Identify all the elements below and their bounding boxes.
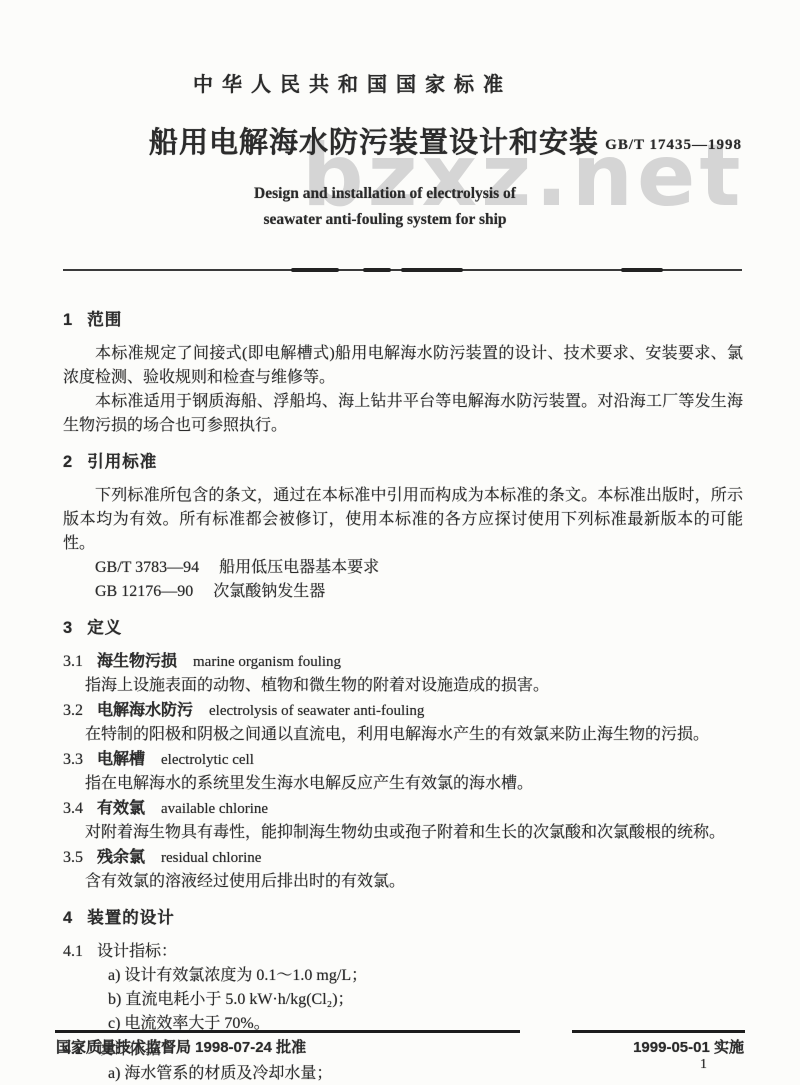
term-number: 3.2 — [63, 702, 83, 719]
page-number: 1 — [700, 1057, 707, 1073]
definition-term: 3.4有效氯available chlorine — [63, 797, 743, 821]
paragraph: 本标准规定了间接式(即电解槽式)船用电解海水防污装置的设计、技术要求、安装要求、… — [63, 342, 743, 390]
section-number: 2 — [63, 453, 73, 471]
reference-code: GB 12176—90 — [95, 583, 193, 600]
term-cn: 电解海水防污 — [97, 702, 193, 719]
term-en: electrolysis of seawater anti-fouling — [209, 703, 424, 719]
definition-text: 在特制的阳极和阴极之间通以直流电，利用电解海水产生的有效氯来防止海生物的污损。 — [63, 723, 743, 747]
paragraph: 本标准适用于钢质海船、浮船坞、海上钻井平台等电解海水防污装置。对沿海工厂等发生海… — [63, 390, 743, 438]
reference-name: 次氯酸钠发生器 — [213, 583, 325, 600]
section-scope: 1范围 本标准规定了间接式(即电解槽式)船用电解海水防污装置的设计、技术要求、安… — [63, 308, 743, 438]
scan-smudge — [363, 268, 391, 272]
footer-rule — [55, 1030, 520, 1033]
section-references: 2引用标准 下列标准所包含的条文，通过在本标准中引用而构成为本标准的条文。本标准… — [63, 450, 743, 604]
standard-title-cn: 船用电解海水防污装置设计和安装 — [149, 120, 599, 161]
section-heading: 1范围 — [63, 308, 743, 332]
term-number: 3.4 — [63, 800, 83, 817]
clause-item: b) 直流电耗小于 5.0 kW·h/kg(Cl₂)； — [63, 988, 743, 1012]
term-en: available chlorine — [161, 801, 268, 817]
footer-rule — [572, 1030, 745, 1033]
reference-entry: GB/T 3783—94船用低压电器基本要求 — [63, 556, 743, 580]
definition-term: 3.5残余氯residual chlorine — [63, 846, 743, 870]
clause-item: a) 设计有效氯浓度为 0.1～1.0 mg/L； — [63, 964, 743, 988]
definition-text: 指在电解海水的系统里发生海水电解反应产生有效氯的海水槽。 — [63, 772, 743, 796]
term-number: 3.5 — [63, 849, 83, 866]
scan-smudge — [401, 268, 463, 272]
term-en: electrolytic cell — [161, 752, 254, 768]
implementation-note: 1999-05-01 实施 — [633, 1036, 744, 1057]
section-heading: 3定义 — [63, 616, 743, 640]
section-title: 装置的设计 — [87, 909, 175, 927]
scan-smudge — [291, 268, 339, 272]
section-title: 引用标准 — [87, 453, 157, 471]
clause-title: 设计指标： — [97, 943, 177, 960]
section-title: 定义 — [87, 619, 122, 637]
reference-code: GB/T 3783—94 — [95, 559, 199, 576]
scan-smudge — [621, 268, 663, 272]
standard-title-en-line2: seawater anti-fouling system for ship — [150, 207, 620, 233]
document-body: 1范围 本标准规定了间接式(即电解槽式)船用电解海水防污装置的设计、技术要求、安… — [63, 296, 743, 1085]
definition-text: 对附着海生物具有毒性，能抑制海生物幼虫或孢子附着和生长的次氯酸和次氯酸根的统称。 — [63, 821, 743, 845]
definition-text: 含有效氯的溶液经过使用后排出时的有效氯。 — [63, 870, 743, 894]
definition-term: 3.2电解海水防污electrolysis of seawater anti-f… — [63, 699, 743, 723]
section-heading: 2引用标准 — [63, 450, 743, 474]
section-number: 1 — [63, 311, 73, 329]
paragraph: 下列标准所包含的条文，通过在本标准中引用而构成为本标准的条文。本标准出版时，所示… — [63, 484, 743, 556]
section-title: 范围 — [87, 311, 122, 329]
definition-term: 3.1海生物污损marine organism fouling — [63, 650, 743, 674]
term-en: marine organism fouling — [193, 654, 341, 670]
section-heading: 4装置的设计 — [63, 906, 743, 930]
term-cn: 残余氯 — [97, 849, 145, 866]
term-cn: 有效氯 — [97, 800, 145, 817]
definition-term: 3.3电解槽electrolytic cell — [63, 748, 743, 772]
document-page: bzxz.net 中华人民共和国国家标准 船用电解海水防污装置设计和安装 GB/… — [0, 0, 800, 1085]
section-design: 4装置的设计 4.1设计指标： a) 设计有效氯浓度为 0.1～1.0 mg/L… — [63, 906, 743, 1085]
clause-number: 4.1 — [63, 943, 83, 960]
standard-title-en-line1: Design and installation of electrolysis … — [150, 181, 620, 207]
clause-item: a) 海水管系的材质及冷却水量； — [63, 1062, 743, 1085]
standard-title-en: Design and installation of electrolysis … — [150, 181, 620, 233]
section-definitions: 3定义 3.1海生物污损marine organism fouling 指海上设… — [63, 616, 743, 894]
standard-label: 中华人民共和国国家标准 — [193, 68, 512, 97]
clause-heading: 4.1设计指标： — [63, 940, 743, 964]
approval-note: 国家质量技术监督局 1998-07-24 批准 — [56, 1036, 306, 1057]
reference-name: 船用低压电器基本要求 — [219, 559, 379, 576]
standard-number: GB/T 17435—1998 — [605, 137, 742, 154]
term-number: 3.3 — [63, 751, 83, 768]
term-en: residual chlorine — [161, 850, 261, 866]
term-cn: 电解槽 — [97, 751, 145, 768]
section-number: 4 — [63, 909, 73, 927]
header-rule — [63, 269, 742, 271]
definition-text: 指海上设施表面的动物、植物和微生物的附着对设施造成的损害。 — [63, 674, 743, 698]
section-number: 3 — [63, 619, 73, 637]
term-cn: 海生物污损 — [97, 653, 177, 670]
term-number: 3.1 — [63, 653, 83, 670]
reference-entry: GB 12176—90次氯酸钠发生器 — [63, 580, 743, 604]
